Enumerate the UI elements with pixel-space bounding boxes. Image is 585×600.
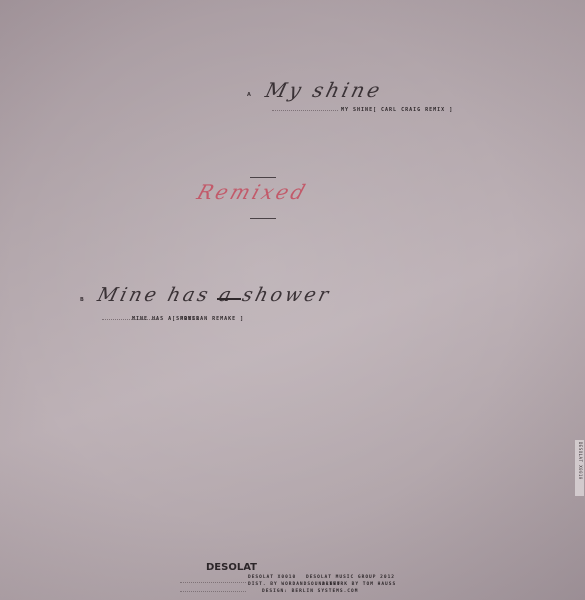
track-a-number: A [247, 92, 251, 98]
divider-top [250, 177, 276, 178]
footer-catalog: DESOLAT X0010 [248, 575, 296, 580]
footer-rule [180, 582, 246, 583]
track-a-handwritten-title: My shine [263, 78, 385, 102]
track-b-credit-remix: [ PRESSAN REMAKE ] [172, 316, 244, 322]
track-b-number: B [80, 297, 84, 303]
track-b-handwritten-title: Mine has a shower [95, 284, 333, 306]
footer-rule [180, 591, 246, 592]
remixed-label: Remixed [194, 180, 311, 204]
dotted-leader [272, 110, 338, 111]
strikethrough-mark [217, 298, 241, 300]
track-a-credit-remix: [ CARL CRAIG REMIX ] [373, 107, 453, 113]
footer-copyright: DESOLAT MUSIC GROUP 2012 [306, 575, 395, 580]
footer-artwork: ARTWORK BY TOM HAUSS [322, 582, 396, 587]
footer-design: DESIGN: BERLIN SYSTEMS.COM [262, 589, 358, 594]
record-sleeve: A My shine MY SHINE [ CARL CRAIG REMIX ]… [0, 0, 585, 600]
label-logo: DESOLAT [206, 562, 257, 573]
track-a-credit-title: MY SHINE [341, 107, 373, 113]
divider-bottom [250, 218, 276, 219]
side-sticker-text: DESOLAT X0010 [578, 442, 583, 480]
